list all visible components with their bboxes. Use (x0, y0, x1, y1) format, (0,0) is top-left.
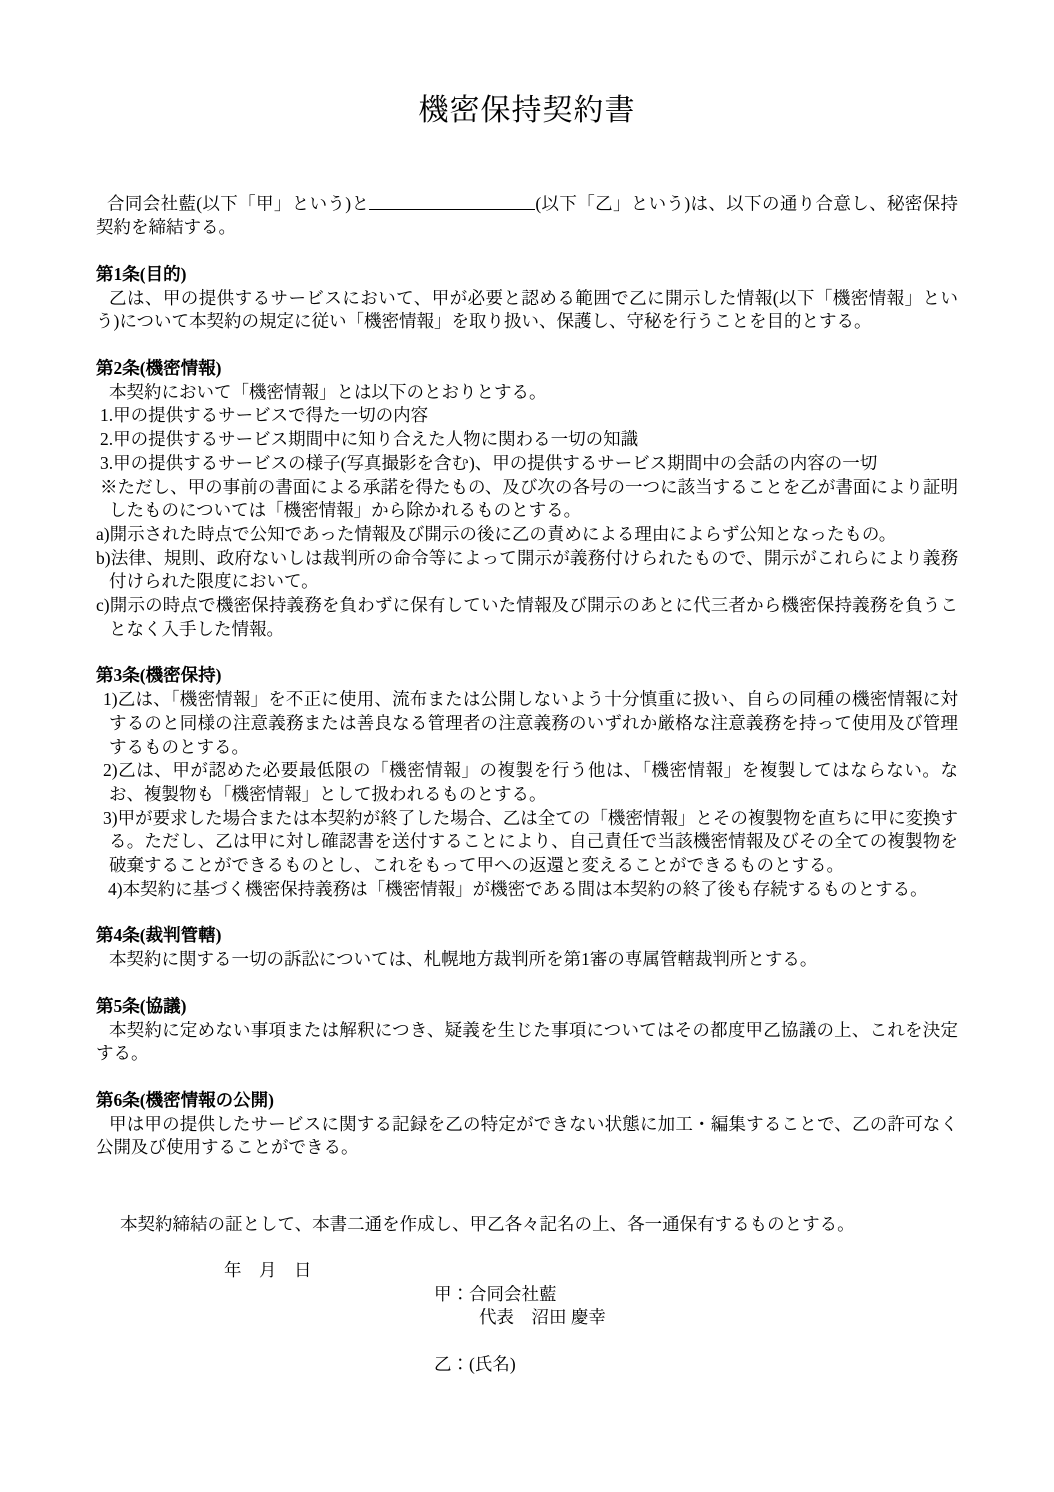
article-6-paragraph: 甲は甲の提供したサービスに関する記録を乙の特定ができない状態に加工・編集すること… (96, 1113, 958, 1160)
article-3-clause-3: 3)甲が要求した場合または本契約が終了した場合、乙は全ての「機密情報」とその複製… (96, 807, 958, 878)
article-1: 第1条(目的) 乙は、甲の提供するサービスにおいて、甲が必要と認める範囲で乙に開… (96, 263, 958, 334)
article-2-exception-b: b)法律、規則、政府ないしは裁判所の命令等によって開示が義務付けられたもので、開… (96, 547, 958, 594)
article-3-clause-4: 4)本契約に基づく機密保持義務は「機密情報」が機密である間は本契約の終了後も存続… (96, 878, 958, 902)
article-2-heading: 第2条(機密情報) (96, 357, 958, 381)
article-4-paragraph: 本契約に関する一切の訴訟については、札幌地方裁判所を第1審の専属管轄裁判所とする… (96, 948, 958, 972)
article-2-note: ※ただし、甲の事前の書面による承諾を得たもの、及び次の各号の一つに該当することを… (96, 476, 958, 523)
article-3-clause-1: 1)乙は、「機密情報」を不正に使用、流布または公開しないよう十分慎重に扱い、自ら… (96, 688, 958, 759)
party-b-signature: 乙：(氏名) (434, 1353, 958, 1377)
article-2-exception-a: a)開示された時点で公知であった情報及び開示の後に乙の責めによる理由によらず公知… (96, 523, 958, 547)
article-1-paragraph: 乙は、甲の提供するサービスにおいて、甲が必要と認める範囲で乙に開示した情報(以下… (96, 287, 958, 334)
article-3: 第3条(機密保持) 1)乙は、「機密情報」を不正に使用、流布または公開しないよう… (96, 664, 958, 901)
article-5-heading: 第5条(協議) (96, 995, 958, 1019)
intro-text-before-blank: 合同会社藍(以下「甲」という)と (107, 194, 369, 214)
article-2-item-1: 1.甲の提供するサービスで得た一切の内容 (96, 404, 958, 428)
article-6-heading: 第6条(機密情報の公開) (96, 1089, 958, 1113)
article-6: 第6条(機密情報の公開) 甲は甲の提供したサービスに関する記録を乙の特定ができな… (96, 1089, 958, 1160)
intro-paragraph: 合同会社藍(以下「甲」という)と(以下「乙」という)は、以下の通り合意し、秘密保… (96, 191, 958, 240)
document-page: 機密保持契約書 合同会社藍(以下「甲」という)と(以下「乙」という)は、以下の通… (0, 0, 1054, 1492)
article-5: 第5条(協議) 本契約に定めない事項または解釈につき、疑義を生じた事項については… (96, 995, 958, 1066)
article-3-clause-2: 2)乙は、甲が認めた必要最低限の「機密情報」の複製を行う他は、「機密情報」を複製… (96, 759, 958, 806)
article-2: 第2条(機密情報) 本契約において「機密情報」とは以下のとおりとする。 1.甲の… (96, 357, 958, 641)
closing-statement: 本契約締結の証として、本書二通を作成し、甲乙各々記名の上、各一通保有するものとす… (96, 1213, 958, 1237)
article-2-exception-c: c)開示の時点で機密保持義務を負わずに保有していた情報及び開示のあとに代三者から… (96, 594, 958, 641)
date-line: 年 月 日 (224, 1259, 958, 1283)
article-4: 第4条(裁判管轄) 本契約に関する一切の訴訟については、札幌地方裁判所を第1審の… (96, 924, 958, 971)
article-2-item-3: 3.甲の提供するサービスの様子(写真撮影を含む)、甲の提供するサービス期間中の会… (96, 452, 958, 476)
party-a-signature: 甲：合同会社藍 (434, 1283, 958, 1307)
article-3-heading: 第3条(機密保持) (96, 664, 958, 688)
article-5-paragraph: 本契約に定めない事項または解釈につき、疑義を生じた事項についてはその都度甲乙協議… (96, 1019, 958, 1066)
article-4-heading: 第4条(裁判管轄) (96, 924, 958, 948)
article-2-lead: 本契約において「機密情報」とは以下のとおりとする。 (96, 381, 958, 405)
party-b-name-blank[interactable] (369, 191, 535, 210)
article-2-item-2: 2.甲の提供するサービス期間中に知り合えた人物に関わる一切の知識 (96, 428, 958, 452)
document-title: 機密保持契約書 (96, 88, 958, 134)
article-1-heading: 第1条(目的) (96, 263, 958, 287)
party-a-representative: 代表 沼田 慶幸 (479, 1306, 958, 1330)
